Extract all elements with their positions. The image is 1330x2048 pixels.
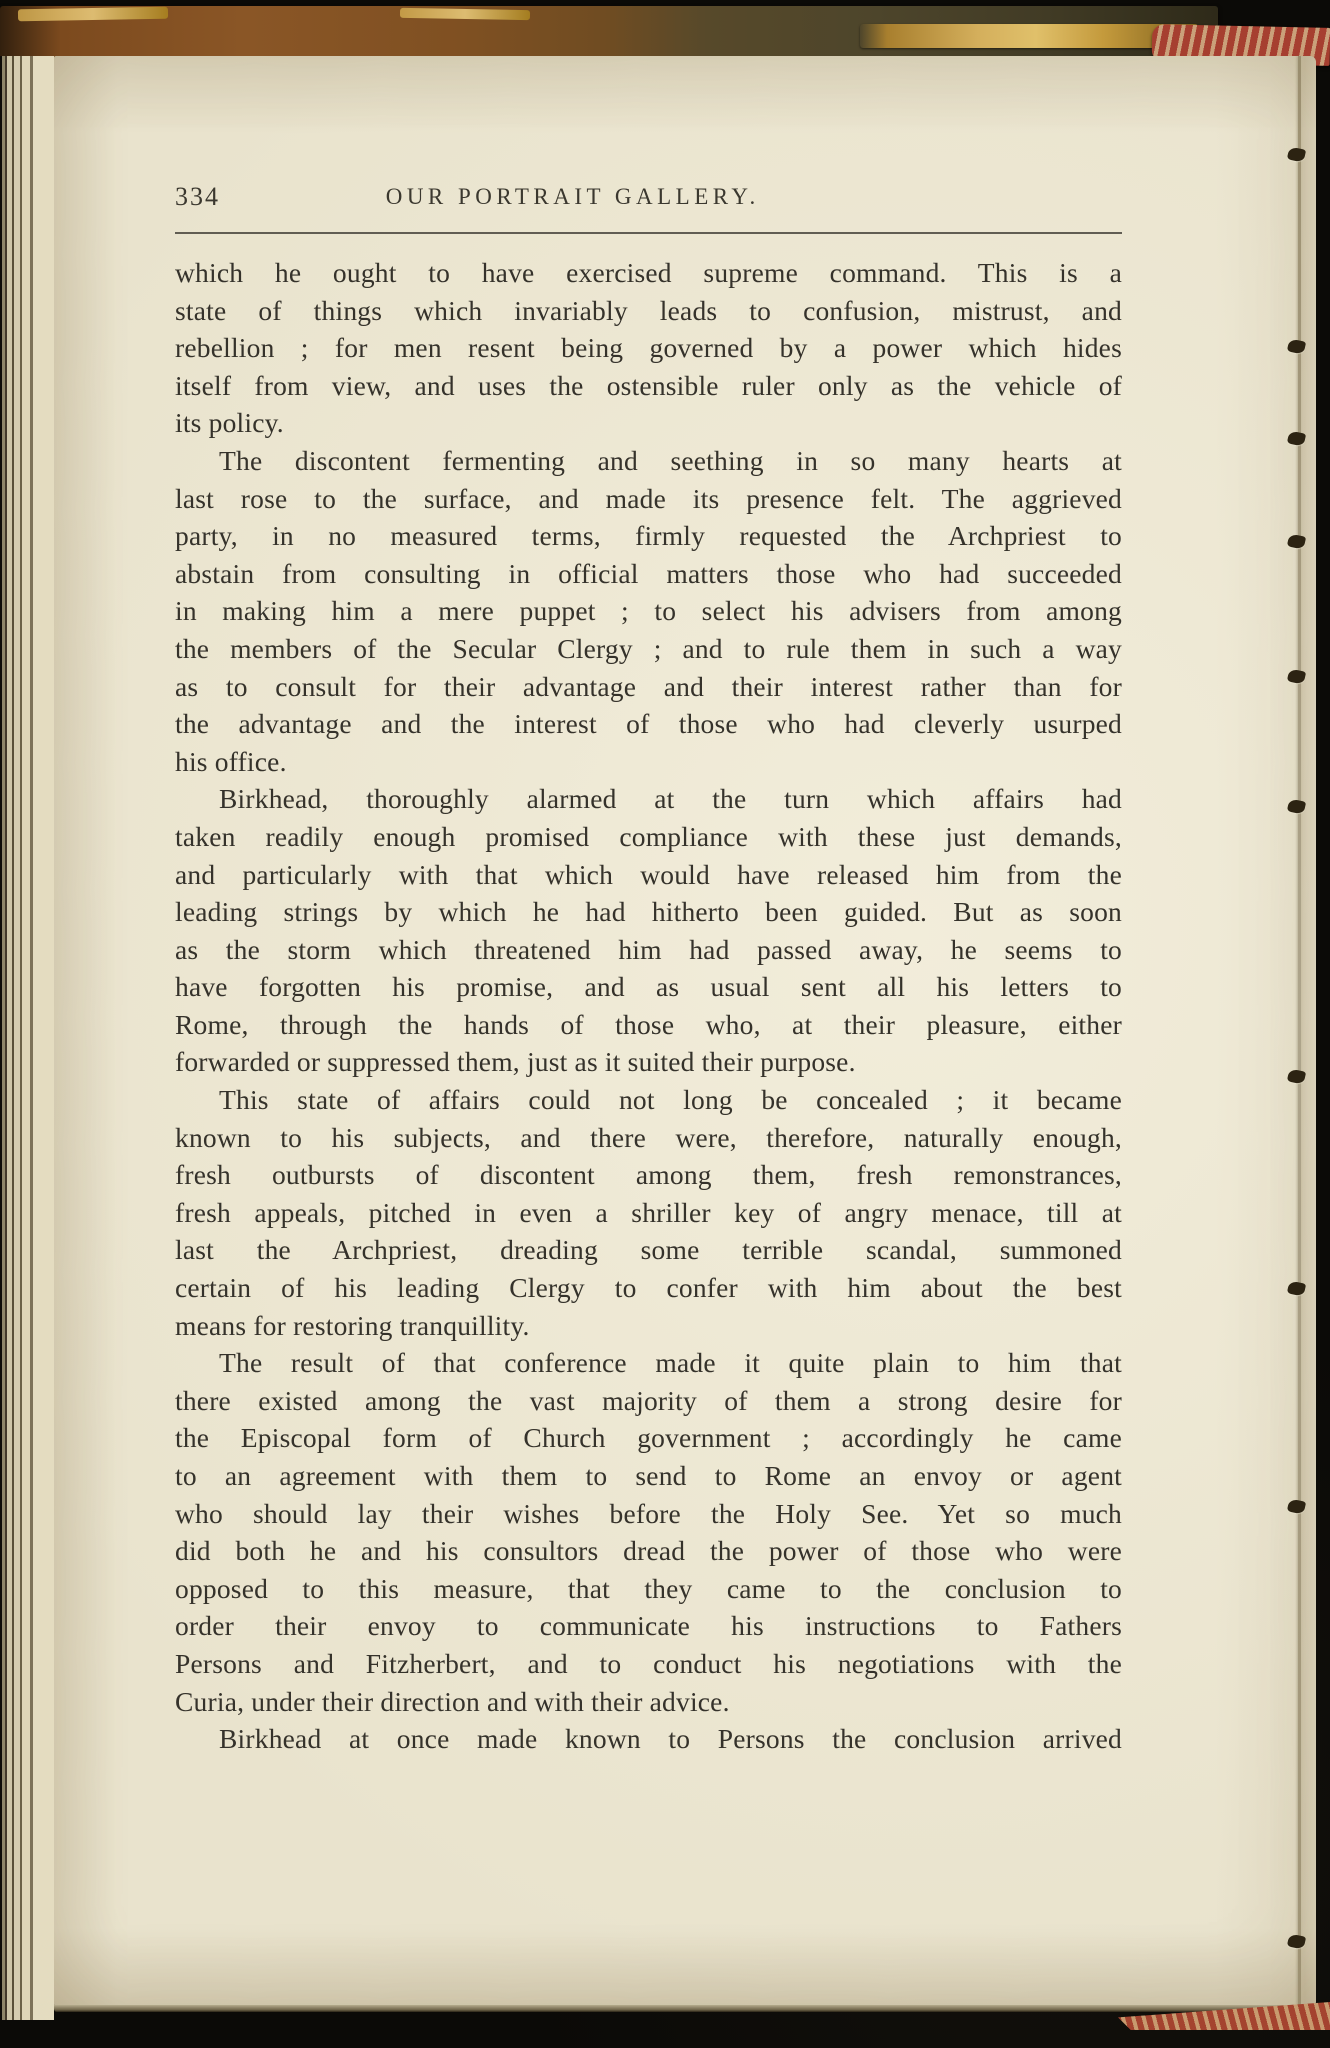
gilt-page-top-edge (860, 24, 1198, 48)
text-line: last rose to the surface, and made its p… (175, 480, 1122, 518)
text-line: Birkhead, thoroughly alarmed at the turn… (175, 780, 1122, 818)
text-line: order their envoy to communicate his ins… (175, 1607, 1122, 1645)
text-line: itself from view, and uses the ostensibl… (175, 367, 1122, 405)
text-line: forwarded or suppressed them, just as it… (175, 1043, 1122, 1081)
text-line: did both he and his consultors dread the… (175, 1532, 1122, 1570)
text-line: have forgotten his promise, and as usual… (175, 968, 1122, 1006)
text-line: the Episcopal form of Church government … (175, 1419, 1122, 1457)
text-line: as to consult for their advantage and th… (175, 668, 1122, 706)
text-line: rebellion ; for men resent being governe… (175, 329, 1122, 367)
text-line: last the Archpriest, dreading some terri… (175, 1231, 1122, 1269)
text-body: which he ought to have exercised supreme… (175, 254, 1122, 1758)
page-edges-left (0, 56, 54, 2020)
text-line: leading strings by which he had hitherto… (175, 893, 1122, 931)
page-number: 334 (175, 182, 220, 212)
gilt-wear-mark (400, 8, 530, 20)
text-line: its policy. (175, 404, 1122, 442)
text-line: Rome, through the hands of those who, at… (175, 1006, 1122, 1044)
text-line: the members of the Secular Clergy ; and … (175, 630, 1122, 668)
text-line: Curia, under their direction and with th… (175, 1683, 1122, 1721)
text-line: Persons and Fitzherbert, and to conduct … (175, 1645, 1122, 1683)
text-line: there existed among the vast majority of… (175, 1382, 1122, 1420)
text-line: and particularly with that which would h… (175, 856, 1122, 894)
text-line: which he ought to have exercised supreme… (175, 254, 1122, 292)
book-page: 334 OUR PORTRAIT GALLERY. which he ought… (54, 56, 1316, 2006)
page-bottom-edge (54, 2005, 1316, 2012)
text-line: fresh appeals, pitched in even a shrille… (175, 1194, 1122, 1232)
text-line: state of things which invariably leads t… (175, 292, 1122, 330)
text-line: who should lay their wishes before the H… (175, 1495, 1122, 1533)
text-line: as the storm which threatened him had pa… (175, 931, 1122, 969)
header-rule (175, 232, 1122, 234)
text-line: means for restoring tranquillity. (175, 1307, 1122, 1345)
text-line: The result of that conference made it qu… (175, 1344, 1122, 1382)
running-title: OUR PORTRAIT GALLERY. (386, 184, 760, 210)
text-line: to an agreement with them to send to Rom… (175, 1457, 1122, 1495)
text-line: party, in no measured terms, firmly requ… (175, 517, 1122, 555)
text-line: the advantage and the interest of those … (175, 705, 1122, 743)
text-line: known to his subjects, and there were, t… (175, 1119, 1122, 1157)
text-column: 334 OUR PORTRAIT GALLERY. which he ought… (175, 56, 1122, 2006)
text-line: fresh outbursts of discontent among them… (175, 1156, 1122, 1194)
text-line: opposed to this measure, that they came … (175, 1570, 1122, 1608)
text-line: certain of his leading Clergy to confer … (175, 1269, 1122, 1307)
text-line: The discontent fermenting and seething i… (175, 442, 1122, 480)
text-line: in making him a mere puppet ; to select … (175, 592, 1122, 630)
text-line: This state of affairs could not long be … (175, 1081, 1122, 1119)
text-line: Birkhead at once made known to Persons t… (175, 1720, 1122, 1758)
page-header: 334 OUR PORTRAIT GALLERY. (175, 182, 1122, 222)
gilt-wear-mark (18, 7, 168, 22)
text-line: abstain from consulting in official matt… (175, 555, 1122, 593)
photo-background: 334 OUR PORTRAIT GALLERY. which he ought… (0, 0, 1330, 2048)
text-line: his office. (175, 743, 1122, 781)
text-line: taken readily enough promised compliance… (175, 818, 1122, 856)
